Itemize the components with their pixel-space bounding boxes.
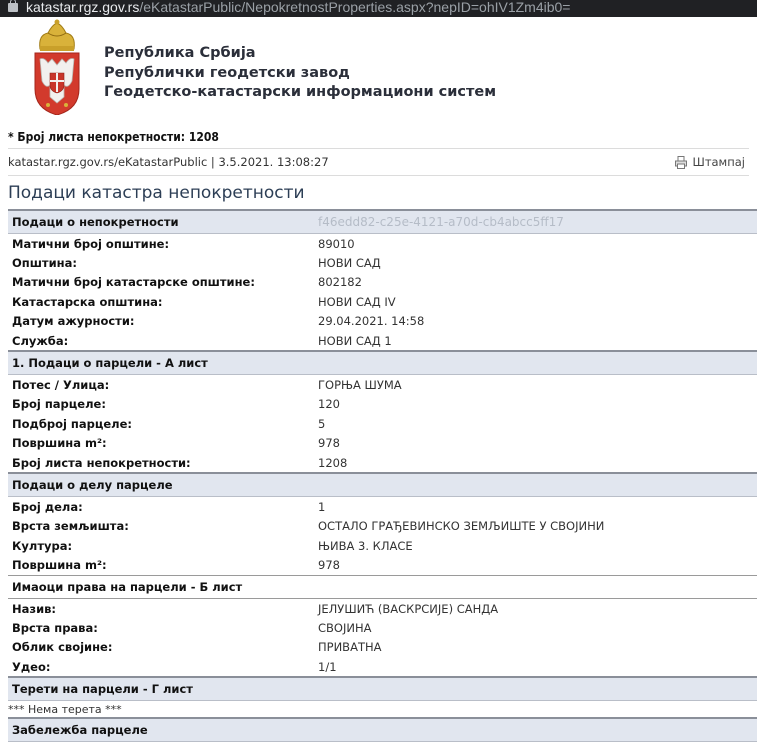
section-header-parcel: 1. Подаци о парцели - А лист (8, 351, 757, 375)
row-label: Облик својине: (8, 638, 314, 657)
serbian-coat-of-arms-icon (30, 19, 84, 115)
header-titles: Република Србија Републички геодетски за… (104, 44, 496, 103)
section-header-encumbrances: Терети на парцели - Г лист (8, 677, 757, 701)
browser-address-bar[interactable]: katastar.rgz.gov.rs/eKatastarPublic/Nepo… (0, 0, 757, 17)
row-label: Број парцеле: (8, 395, 314, 414)
encumbrances-note: *** Нема терета *** (8, 701, 757, 719)
row-value: 978 (314, 555, 757, 575)
row-value: 1208 (314, 453, 757, 473)
printer-icon (675, 156, 687, 169)
encumbrances-note-row: *** Нема терета *** (8, 701, 757, 719)
row-label: Датум ажурности: (8, 312, 314, 331)
row-label: Служба: (8, 331, 314, 351)
row-label: Матични број општине: (8, 234, 314, 254)
row-label: Врста земљишта: (8, 517, 314, 536)
row-value: 29.04.2021. 14:58 (314, 312, 757, 331)
lock-icon (8, 3, 18, 12)
row-value: 978 (314, 434, 757, 453)
table-row: Општина:НОВИ САД (8, 253, 757, 272)
row-label: Катастарска општина: (8, 292, 314, 311)
table-row: Удео:1/1 (8, 657, 757, 677)
source-timestamp: katastar.rgz.gov.rs/eKatastarPublic | 3.… (8, 155, 329, 169)
cadastre-data-table: Подаци о непокретности f46edd82-c25e-412… (8, 209, 757, 742)
row-label: Број листа непокретности: (8, 453, 314, 473)
row-value: ЈЕЛУШИЋ (ВАСКРСИЈЕ) САНДА (314, 598, 757, 618)
page-title: Подаци катастра непокретности (8, 183, 305, 203)
table-row: Матични број катастарске општине:802182 (8, 273, 757, 292)
url-path: /eKatastarPublic/NepokretnostProperties.… (139, 0, 570, 15)
section-title: Терети на парцели - Г лист (8, 677, 757, 701)
table-row: Врста права:СВОЈИНА (8, 618, 757, 637)
table-row: Потес / Улица:ГОРЊА ШУМА (8, 375, 757, 395)
header-line-agency: Републички геодетски завод (104, 64, 496, 84)
section-title: Имаоци права на парцели - Б лист (8, 575, 757, 598)
table-row: Подброј парцеле:5 (8, 414, 757, 433)
row-value: НОВИ САД (314, 253, 757, 272)
section-title: Подаци о делу парцеле (8, 473, 757, 497)
divider (8, 175, 749, 176)
row-label: Назив: (8, 598, 314, 618)
row-label: Површина m²: (8, 555, 314, 575)
row-value: ЊИВА 3. КЛАСЕ (314, 536, 757, 555)
row-value: 89010 (314, 234, 757, 254)
table-row: Матични број општине:89010 (8, 234, 757, 254)
section-header-parcel-part: Подаци о делу парцеле (8, 473, 757, 497)
row-label: Подброј парцеле: (8, 414, 314, 433)
table-row: Облик својине:ПРИВАТНА (8, 638, 757, 657)
table-row: Врста земљишта:ОСТАЛО ГРАЂЕВИНСКО ЗЕМЉИШ… (8, 517, 757, 536)
section-title: Подаци о непокретности (8, 210, 314, 234)
section-title: Забележба парцеле (8, 718, 757, 742)
table-row: Површина m²:978 (8, 555, 757, 575)
site-header: Република Србија Републички геодетски за… (0, 17, 757, 127)
url-host: katastar.rgz.gov.rs (26, 0, 139, 15)
row-label: Општина: (8, 253, 314, 272)
table-row: Број листа непокретности:1208 (8, 453, 757, 473)
row-label: Површина m²: (8, 434, 314, 453)
row-label: Потес / Улица: (8, 375, 314, 395)
print-button[interactable]: Штампај (675, 155, 745, 169)
table-row: Број парцеле:120 (8, 395, 757, 414)
table-row: Површина m²:978 (8, 434, 757, 453)
header-line-republic: Република Србија (104, 44, 496, 64)
section-header-property: Подаци о непокретности f46edd82-c25e-412… (8, 210, 757, 234)
row-value: 802182 (314, 273, 757, 292)
section-header-owners: Имаоци права на парцели - Б лист (8, 575, 757, 598)
row-label: Култура: (8, 536, 314, 555)
row-value: ГОРЊА ШУМА (314, 375, 757, 395)
row-value: 1/1 (314, 657, 757, 677)
table-row: Број дела:1 (8, 497, 757, 517)
print-label: Штампај (693, 155, 745, 169)
section-header-remarks: Забележба парцеле (8, 718, 757, 742)
row-value: 5 (314, 414, 757, 433)
row-label: Удео: (8, 657, 314, 677)
row-label: Број дела: (8, 497, 314, 517)
property-guid: f46edd82-c25e-4121-a70d-cb4abcc5ff17 (314, 210, 757, 234)
sheet-number: * Број листа непокретности: 1208 (8, 130, 219, 144)
section-title: 1. Подаци о парцели - А лист (8, 351, 757, 375)
table-row: Катастарска општина:НОВИ САД IV (8, 292, 757, 311)
row-value: ОСТАЛО ГРАЂЕВИНСКО ЗЕМЉИШТЕ У СВОЈИНИ (314, 517, 757, 536)
table-row: Култура:ЊИВА 3. КЛАСЕ (8, 536, 757, 555)
row-label: Врста права: (8, 618, 314, 637)
row-value: НОВИ САД IV (314, 292, 757, 311)
table-row: Датум ажурности:29.04.2021. 14:58 (8, 312, 757, 331)
row-value: ПРИВАТНА (314, 638, 757, 657)
table-row: Служба:НОВИ САД 1 (8, 331, 757, 351)
row-value: 1 (314, 497, 757, 517)
row-label: Матични број катастарске општине: (8, 273, 314, 292)
row-value: НОВИ САД 1 (314, 331, 757, 351)
table-row: Назив:ЈЕЛУШИЋ (ВАСКРСИЈЕ) САНДА (8, 598, 757, 618)
row-value: СВОЈИНА (314, 618, 757, 637)
divider (8, 148, 749, 149)
row-value: 120 (314, 395, 757, 414)
header-line-system: Геодетско-катастарски информациони систе… (104, 83, 496, 103)
